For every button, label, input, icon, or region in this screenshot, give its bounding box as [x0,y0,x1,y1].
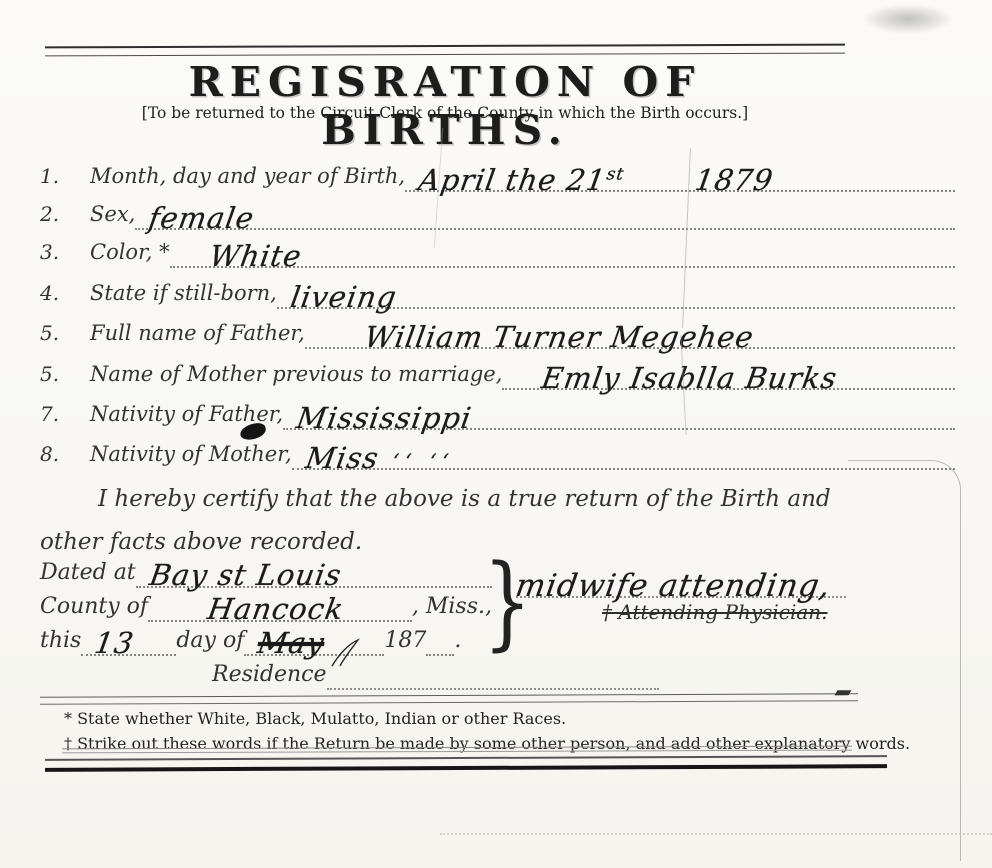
period: . [454,628,461,656]
handwritten-mother-nativity: Miss‘‘ ‘‘ [303,441,457,475]
fill-in-line: Mississippi [283,386,955,430]
row-number: 4. [40,281,90,309]
this-label: this [40,628,81,656]
row-number: 7. [40,402,90,430]
row-label: Color, * [90,240,170,268]
handwritten-day: 13 [93,626,137,660]
footnote-races: * State whether White, Black, Mulatto, I… [64,707,910,732]
day-of-label: day of [176,628,244,656]
row-number: 8. [40,442,90,470]
dated-at-label: Dated at [40,560,136,588]
row-label: State if still-born, [90,281,277,309]
row-number: 3. [40,240,90,268]
form-row-father-nativity: 7. Nativity of Father, Mississippi [40,388,955,430]
residence-label: Residence [212,662,327,690]
ditto-marks: ‘‘ ‘‘ [390,449,456,473]
state-suffix: , Miss., [412,594,492,622]
fill-in-line: Hancock [148,586,412,622]
fill-in-line [426,620,454,656]
fill-in-line: 13 [81,620,176,656]
bottom-thick-rule [45,755,887,772]
row-label: Nativity of Mother, [90,442,292,470]
form-row-father-name: 5. Full name of Father, William Turner M… [40,307,955,349]
row-number: 5. [40,362,90,390]
form-row-mother-name: 5. Name of Mother previous to marriage, … [40,348,955,390]
dated-block: Dated at Bay st Louis County of Hancock … [40,554,492,656]
page-corner-edge [848,460,961,861]
form-row-mother-nativity: 8. Nativity of Mother, Miss‘‘ ‘‘ [40,428,955,470]
fill-in-line: William Turner Megehee [305,305,955,349]
middle-double-rule [40,693,858,705]
scanned-birth-registration-document: REGISRATION OF BIRTHS. [To be returned t… [0,0,992,868]
dated-at-line: Dated at Bay st Louis [40,554,492,588]
mother-nativity-abbrev: Miss [303,441,381,475]
handwritten-attendant: midwife attending, [513,568,833,604]
year-prefix: 187 [384,628,426,656]
birth-date-ordinal: st [605,164,626,184]
smudge-mark [862,4,954,34]
county-label: County of [40,594,148,622]
county-line: County of Hancock , Miss., [40,588,492,622]
fill-in-line: Bay st Louis [136,552,492,588]
ink-blip [835,690,852,695]
scan-speckle [440,833,992,835]
certification-statement: I hereby certify that the above is a tru… [40,478,862,563]
residence-line: Residence [212,662,659,690]
form-row-color: 3. Color, * White [40,226,955,268]
top-double-rule [45,44,845,57]
date-line: this 13 day of May 187 . [40,622,492,656]
fill-in-line: May [244,620,384,656]
handwritten-month-struck: May [256,626,328,660]
row-label: Full name of Father, [90,321,305,349]
row-number: 5. [40,321,90,349]
fill-in-line: midwife attending, [516,556,846,598]
fill-in-line: Emly Isablla Burks [502,346,955,390]
attendant-block: midwife attending, † Attending Physician… [516,556,956,624]
fill-in-line: White [170,224,955,268]
fill-in-line: liveing [277,265,955,309]
form-subtitle: [To be returned to the Circuit Clerk of … [120,104,770,122]
fill-in-line [327,662,659,690]
form-row-stillborn: 4. State if still-born, liveing [40,267,955,309]
